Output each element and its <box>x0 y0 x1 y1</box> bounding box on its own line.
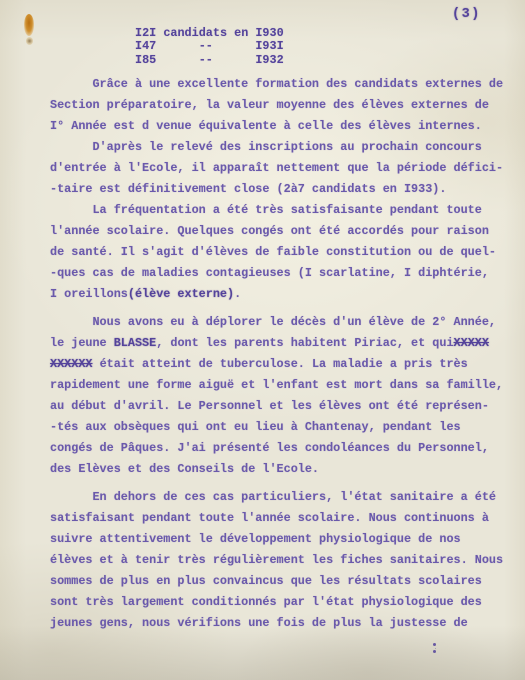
text-segment: était atteint de tuberculose. La maladie… <box>92 357 467 371</box>
scanned-document-page: (3) I2I candidats en I930I47 -- I93II85 … <box>0 0 525 680</box>
text-segment: Nous avons eu à déplorer le décès d'un é… <box>50 315 496 329</box>
text-segment: des Elèves et des Conseils de l'Ecole. <box>50 462 319 476</box>
text-segment: Section préparatoire, la valeur moyenne … <box>50 98 489 112</box>
text-segment: satisfaisant pendant toute l'année scola… <box>50 511 489 525</box>
text-line: jeunes gens, nous vérifions une fois de … <box>50 613 503 634</box>
text-segment: Grâce à une excellente formation des can… <box>50 77 503 91</box>
text-line: des Elèves et des Conseils de l'Ecole. <box>50 459 503 480</box>
text-segment: La fréquentation a été très satisfaisant… <box>50 203 482 217</box>
overtyped-text: BLASSE <box>114 336 156 350</box>
text-line: I° Année est d venue équivalente à celle… <box>50 116 503 137</box>
text-line: de santé. Il s'agit d'élèves de faible c… <box>50 242 503 263</box>
text-segment: -taire est définitivement close (2à7 can… <box>50 182 446 196</box>
text-line: XXXXXX était atteint de tuberculose. La … <box>50 354 503 375</box>
text-segment: . <box>234 287 241 301</box>
typewritten-body-text: Grâce à une excellente formation des can… <box>50 74 503 634</box>
text-line: D'après le relevé des inscriptions au pr… <box>50 137 503 158</box>
text-segment: I oreillons <box>50 287 128 301</box>
page-number: (3) <box>452 7 481 22</box>
text-line: I85 -- I932 <box>135 54 284 67</box>
text-line: -taire est définitivement close (2à7 can… <box>50 179 503 200</box>
text-segment: D'après le relevé des inscriptions au pr… <box>50 140 482 154</box>
text-line: congés de Pâques. J'ai présenté les cond… <box>50 438 503 459</box>
text-segment: sommes de plus en plus convaincus que le… <box>50 574 482 588</box>
text-line: I47 -- I93I <box>135 40 284 53</box>
text-line: rapidement une forme aiguë et l'enfant e… <box>50 375 503 396</box>
text-line: d'entrée à l'Ecole, il apparaît nettemen… <box>50 158 503 179</box>
text-line: I2I candidats en I930 <box>135 27 284 40</box>
text-line: Nous avons eu à déplorer le décès d'un é… <box>50 312 503 333</box>
text-line: I oreillons(élève externe). <box>50 284 503 305</box>
text-segment: , dont les parents habitent Piriac, et q… <box>156 336 453 350</box>
text-segment: En dehors de ces cas particuliers, l'éta… <box>50 490 496 504</box>
text-line: suivre attentivement le développement ph… <box>50 529 503 550</box>
text-line: élèves et à tenir très régulièrement les… <box>50 550 503 571</box>
text-segment: jeunes gens, nous vérifions une fois de … <box>50 616 468 630</box>
text-segment: rapidement une forme aiguë et l'enfant e… <box>50 378 503 392</box>
text-line: -tés aux obsèques qui ont eu lieu à Chan… <box>50 417 503 438</box>
text-line: La fréquentation a été très satisfaisant… <box>50 200 503 221</box>
text-segment: l'année scolaire. Quelques congés ont ét… <box>50 224 489 238</box>
candidate-stats-list: I2I candidats en I930I47 -- I93II85 -- I… <box>135 27 284 67</box>
stray-ink-mark <box>433 643 436 646</box>
text-segment: au début d'avril. Le Personnel et les él… <box>50 399 489 413</box>
text-segment: d'entrée à l'Ecole, il apparaît nettemen… <box>50 161 503 175</box>
text-segment: sont très largement conditionnés par l'é… <box>50 595 482 609</box>
text-segment: congés de Pâques. J'ai présenté les cond… <box>50 441 489 455</box>
struck-out-text: XXXXXX <box>50 357 92 371</box>
text-line: au début d'avril. Le Personnel et les él… <box>50 396 503 417</box>
text-segment: I° Année est d venue équivalente à celle… <box>50 119 482 133</box>
text-line: sommes de plus en plus convaincus que le… <box>50 571 503 592</box>
text-line: Grâce à une excellente formation des can… <box>50 74 503 95</box>
text-segment: de santé. Il s'agit d'élèves de faible c… <box>50 245 496 259</box>
text-line: En dehors de ces cas particuliers, l'éta… <box>50 487 503 508</box>
text-segment: suivre attentivement le développement ph… <box>50 532 461 546</box>
text-segment: I2I candidats en I930 <box>135 26 284 40</box>
rust-stain-dot <box>26 37 33 45</box>
text-line: Section préparatoire, la valeur moyenne … <box>50 95 503 116</box>
text-segment: élèves et à tenir très régulièrement les… <box>50 553 503 567</box>
text-segment: I85 -- I932 <box>135 53 284 67</box>
text-line: -ques cas de maladies contagieuses (I sc… <box>50 263 503 284</box>
overtyped-text: (élève externe) <box>128 287 234 301</box>
rust-stain <box>24 14 34 36</box>
text-line: satisfaisant pendant toute l'année scola… <box>50 508 503 529</box>
text-segment: -tés aux obsèques qui ont eu lieu à Chan… <box>50 420 461 434</box>
text-segment: -ques cas de maladies contagieuses (I sc… <box>50 266 489 280</box>
text-segment: I47 -- I93I <box>135 39 284 53</box>
text-line: l'année scolaire. Quelques congés ont ét… <box>50 221 503 242</box>
text-line: sont très largement conditionnés par l'é… <box>50 592 503 613</box>
text-segment: le jeune <box>50 336 114 350</box>
struck-out-text: XXXXX <box>454 336 489 350</box>
text-line: le jeune BLASSE, dont les parents habite… <box>50 333 503 354</box>
